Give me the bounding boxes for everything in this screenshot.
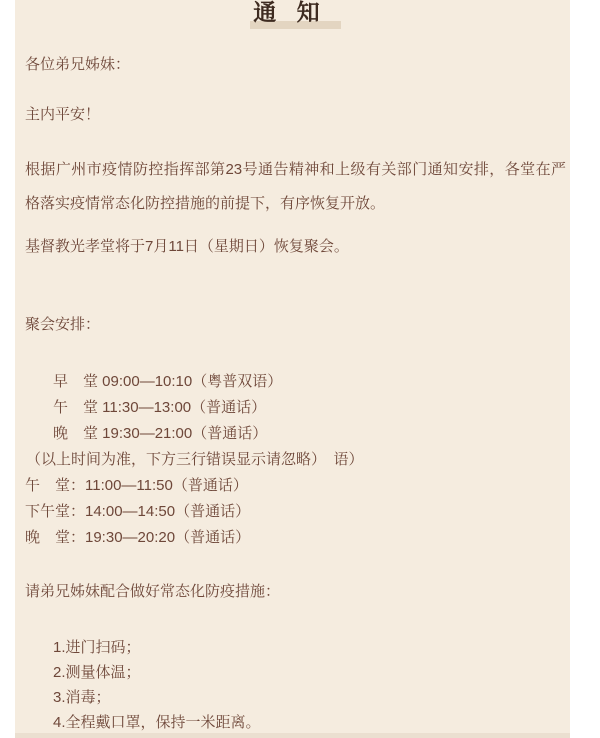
schedule-line: 下午堂：14:00—14:50（普通话）: [25, 499, 566, 525]
greeting-text: 各位弟兄姊妹：: [25, 56, 566, 74]
notice-card: 通 知 各位弟兄姊妹： 主内平安！ 根据广州市疫情防控指挥部第23号通告精神和上…: [15, 0, 570, 738]
measure-item: 4.全程戴口罩，保持一米距离。: [53, 710, 566, 735]
measure-item: 3.消毒；: [53, 685, 566, 710]
schedule-line: 午 堂 11:30—13:00（普通话）: [53, 395, 566, 421]
intro-paragraph: 根据广州市疫情防控指挥部第23号通告精神和上级有关部门通知安排，各堂在严格落实疫…: [25, 153, 566, 221]
measures-heading: 请弟兄姊妹配合做好常态化防疫措施：: [25, 583, 566, 601]
blessing-text: 主内平安！: [25, 106, 566, 124]
measures-list: 1.进门扫码； 2.测量体温； 3.消毒； 4.全程戴口罩，保持一米距离。: [53, 635, 566, 735]
schedule-primary-list: 早 堂 09:00—10:10（粤普双语） 午 堂 11:30—13:00（普通…: [53, 369, 566, 447]
schedule-heading: 聚会安排：: [25, 316, 566, 334]
schedule-secondary-list: 午 堂：11:00—11:50（普通话） 下午堂：14:00—14:50（普通话…: [25, 473, 566, 551]
schedule-line: 午 堂：11:00—11:50（普通话）: [25, 473, 566, 499]
measure-item: 2.测量体温；: [53, 660, 566, 685]
notice-page: 通 知 各位弟兄姊妹： 主内平安！ 根据广州市疫情防控指挥部第23号通告精神和上…: [0, 0, 600, 738]
correction-note: （以上时间为准，下方三行错误显示请忽略） 语）: [26, 447, 566, 473]
notice-title: 通 知: [250, 0, 340, 29]
schedule-line: 晚 堂：19:30—20:20（普通话）: [25, 525, 566, 551]
schedule-line: 晚 堂 19:30—21:00（普通话）: [53, 421, 566, 447]
schedule-line: 早 堂 09:00—10:10（粤普双语）: [53, 369, 566, 395]
notice-title-row: 通 知: [25, 0, 566, 28]
resume-paragraph: 基督教光孝堂将于7月11日（星期日）恢复聚会。: [25, 238, 566, 256]
measure-item: 1.进门扫码；: [53, 635, 566, 660]
